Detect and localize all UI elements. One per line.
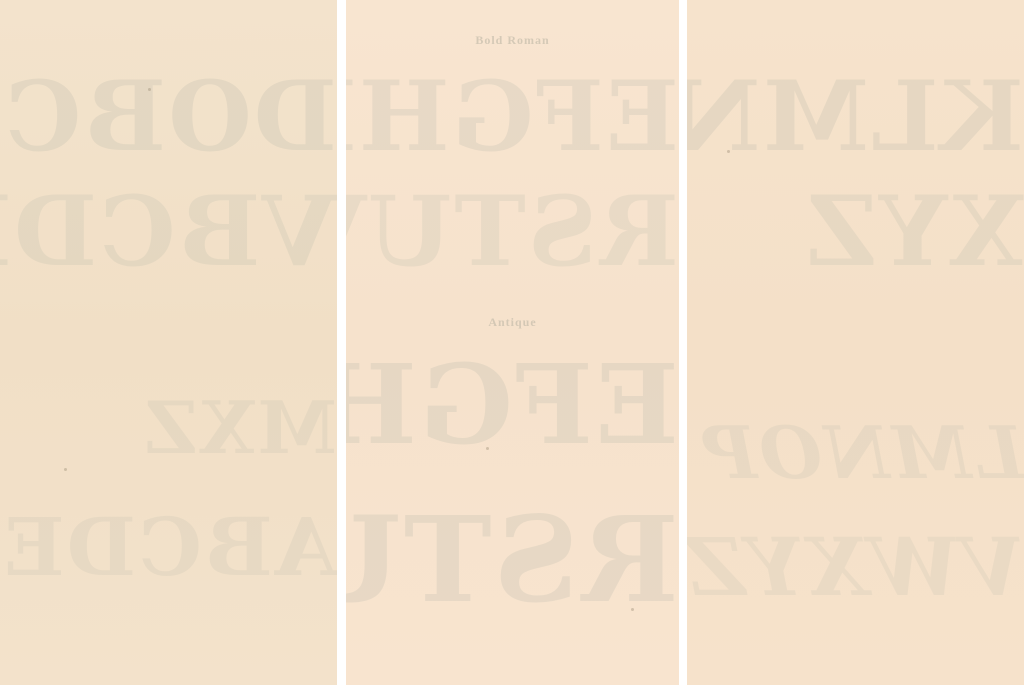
show-through-row-1: EFGHI	[346, 60, 679, 173]
show-through-row-4: ABCDEF	[0, 500, 337, 594]
show-through-row-2: VBCDE	[0, 175, 337, 288]
show-through-row-3: LMNOP	[687, 410, 1024, 495]
paper-speck	[148, 88, 151, 91]
show-through-row-4: RSTUV	[346, 490, 679, 629]
paper-speck	[727, 150, 730, 153]
paper-speck	[486, 447, 489, 450]
paper-panel-middle: Bold Roman EFGHI RSTUVW Antique EFGHI RS…	[346, 0, 679, 685]
paper-panel-right: KLMNO XYZ LMNOP VWXYZ	[687, 0, 1024, 685]
show-through-row-1: DOBCDE	[0, 60, 337, 173]
show-through-row-2: XYZ	[687, 175, 1024, 288]
show-through-row-3: MXZ	[0, 385, 337, 470]
specimen-heading: Bold Roman	[346, 33, 679, 48]
show-through-row-3: EFGHI	[346, 340, 679, 469]
specimen-subheading: Antique	[346, 315, 679, 330]
show-through-row-2: RSTUVW	[346, 175, 679, 288]
panel-divider	[679, 0, 687, 685]
panel-divider	[337, 0, 346, 685]
paper-panel-left: DOBCDE VBCDE MXZ ABCDEF	[0, 0, 337, 685]
show-through-row-4: VWXYZ	[687, 520, 1024, 614]
show-through-row-1: KLMNO	[687, 60, 1024, 173]
paper-speck	[64, 468, 67, 471]
paper-speck	[631, 608, 634, 611]
